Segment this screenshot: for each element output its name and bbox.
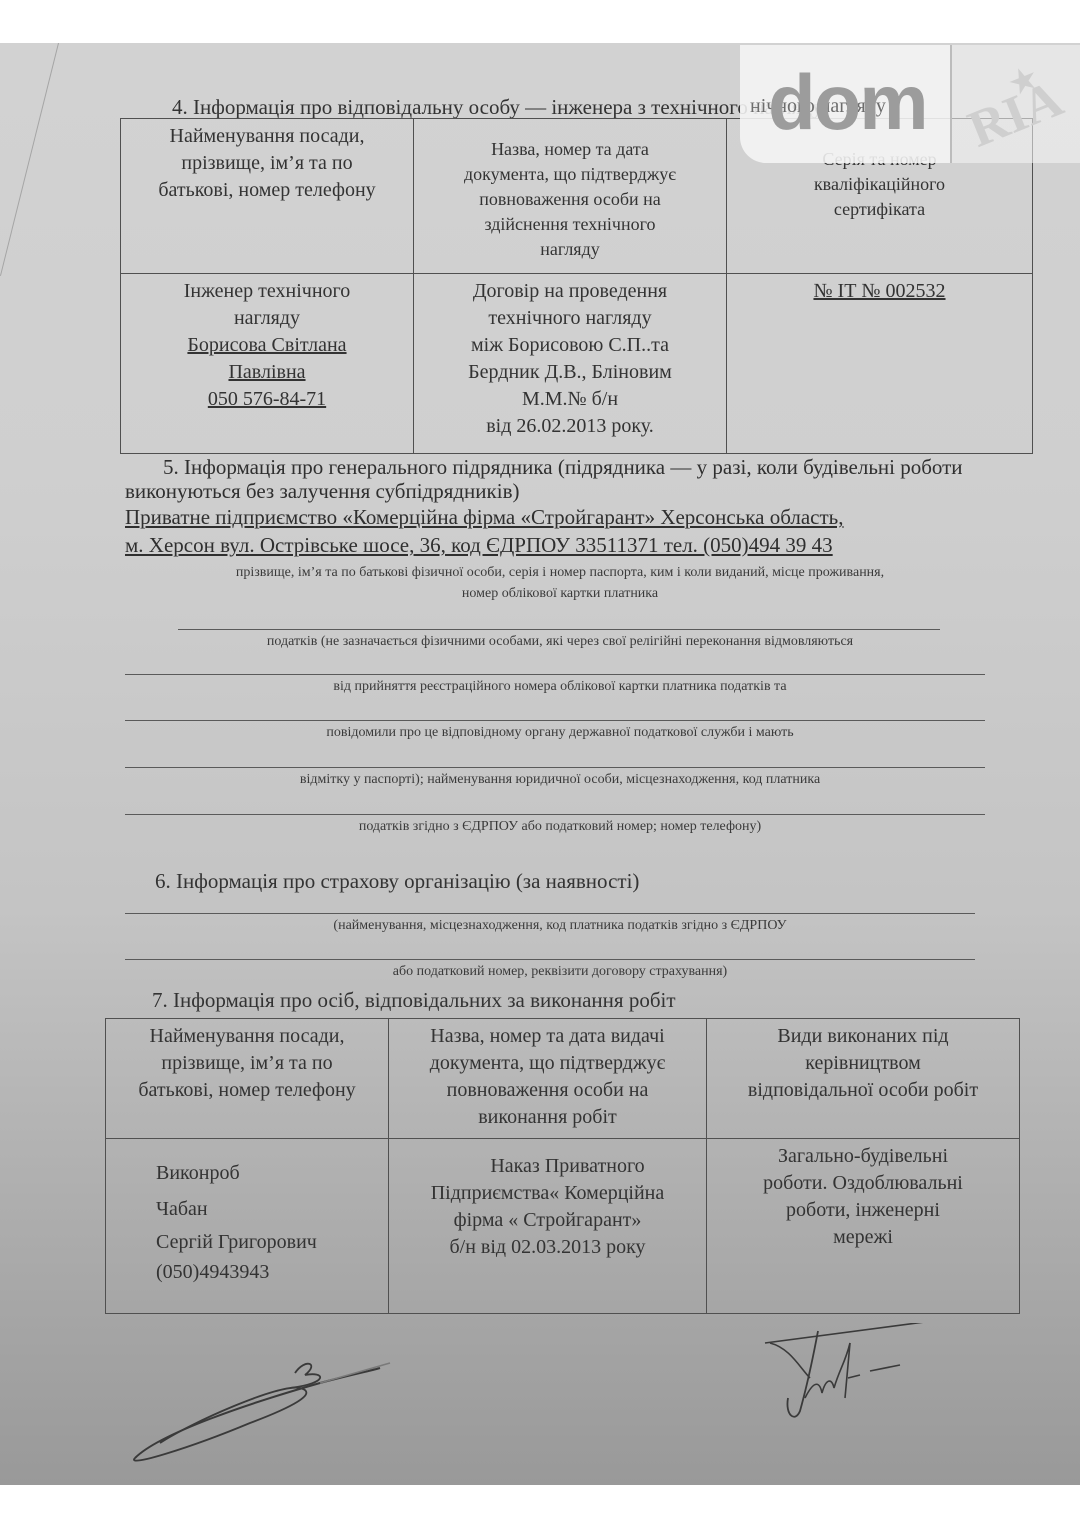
section-7-heading: 7. Інформація про осіб, відповідальних з… xyxy=(152,988,676,1013)
section-4-heading: 4. Інформація про відповідальну особу — … xyxy=(172,95,823,120)
contractor-name-line: Приватне підприємство «Комерційна фірма … xyxy=(125,505,1005,529)
blank-line xyxy=(125,913,975,914)
s4-row-person: Інженер технічного нагляду Борисова Світ… xyxy=(121,274,414,454)
hint-text: номер облікової картки платника xyxy=(125,586,995,602)
section-6-heading: 6. Інформація про страхову організацію (… xyxy=(155,869,639,894)
s7-row-document: Наказ Приватного Підприємства« Комерційн… xyxy=(389,1139,707,1314)
signature-right xyxy=(760,1323,980,1433)
document-photo: 4. Інформація про відповідальну особу — … xyxy=(0,43,1080,1485)
s4-row-document: Договір на проведення технічного нагляду… xyxy=(414,274,727,454)
section-5-heading: 5. Інформація про генерального підрядник… xyxy=(125,455,995,503)
hint-text: або податковий номер, реквізити договору… xyxy=(125,964,995,980)
watermark-logo: нічного нагляду dom ★ RIA xyxy=(740,43,1080,163)
s7-row-works: Загально-будівельні роботи. Оздоблювальн… xyxy=(707,1139,1020,1314)
s7-header-document: Назва, номер та дата видачі документа, щ… xyxy=(389,1019,707,1139)
blank-line xyxy=(178,629,940,630)
s7-header-person: Найменування посади, прізвище, ім’я та п… xyxy=(106,1019,389,1139)
hint-text: від прийняття реєстраційного номера облі… xyxy=(125,679,995,695)
paper-fold-line xyxy=(0,43,59,276)
watermark-dom-text: dom xyxy=(768,57,927,148)
section-4-table: Найменування посади, прізвище, ім’я та п… xyxy=(120,118,1033,454)
hint-text: податків згідно з ЄДРПОУ або податковий … xyxy=(125,819,995,835)
s4-header-position: Найменування посади, прізвище, ім’я та п… xyxy=(121,119,414,274)
blank-line xyxy=(125,720,985,721)
s4-header-document: Назва, номер та дата документа, що підтв… xyxy=(414,119,727,274)
blank-line xyxy=(125,814,985,815)
watermark-divider xyxy=(950,45,952,163)
signature-left xyxy=(130,1353,430,1473)
s7-row-person: Виконроб Чабан Сергій Григорович (050)49… xyxy=(106,1139,389,1314)
blank-line xyxy=(125,959,975,960)
blank-line xyxy=(125,767,985,768)
hint-text: повідомили про це відповідному органу де… xyxy=(125,725,995,741)
blank-line xyxy=(125,674,985,675)
hint-text: відмітку у паспорті); найменування юриди… xyxy=(125,772,995,788)
section-7-table: Найменування посади, прізвище, ім’я та п… xyxy=(105,1018,1020,1314)
hint-text: податків (не зазначається фізичними особ… xyxy=(125,634,995,650)
hint-text: прізвище, ім’я та по батькові фізичної о… xyxy=(125,565,995,581)
s4-row-certificate: № ІТ № 002532 xyxy=(727,274,1033,454)
hint-text: (найменування, місцезнаходження, код пла… xyxy=(125,918,995,934)
contractor-address-line: м. Херсон вул. Острівське шосе, 36, код … xyxy=(125,533,1005,557)
s7-header-works: Види виконаних під керівництвом відповід… xyxy=(707,1019,1020,1139)
